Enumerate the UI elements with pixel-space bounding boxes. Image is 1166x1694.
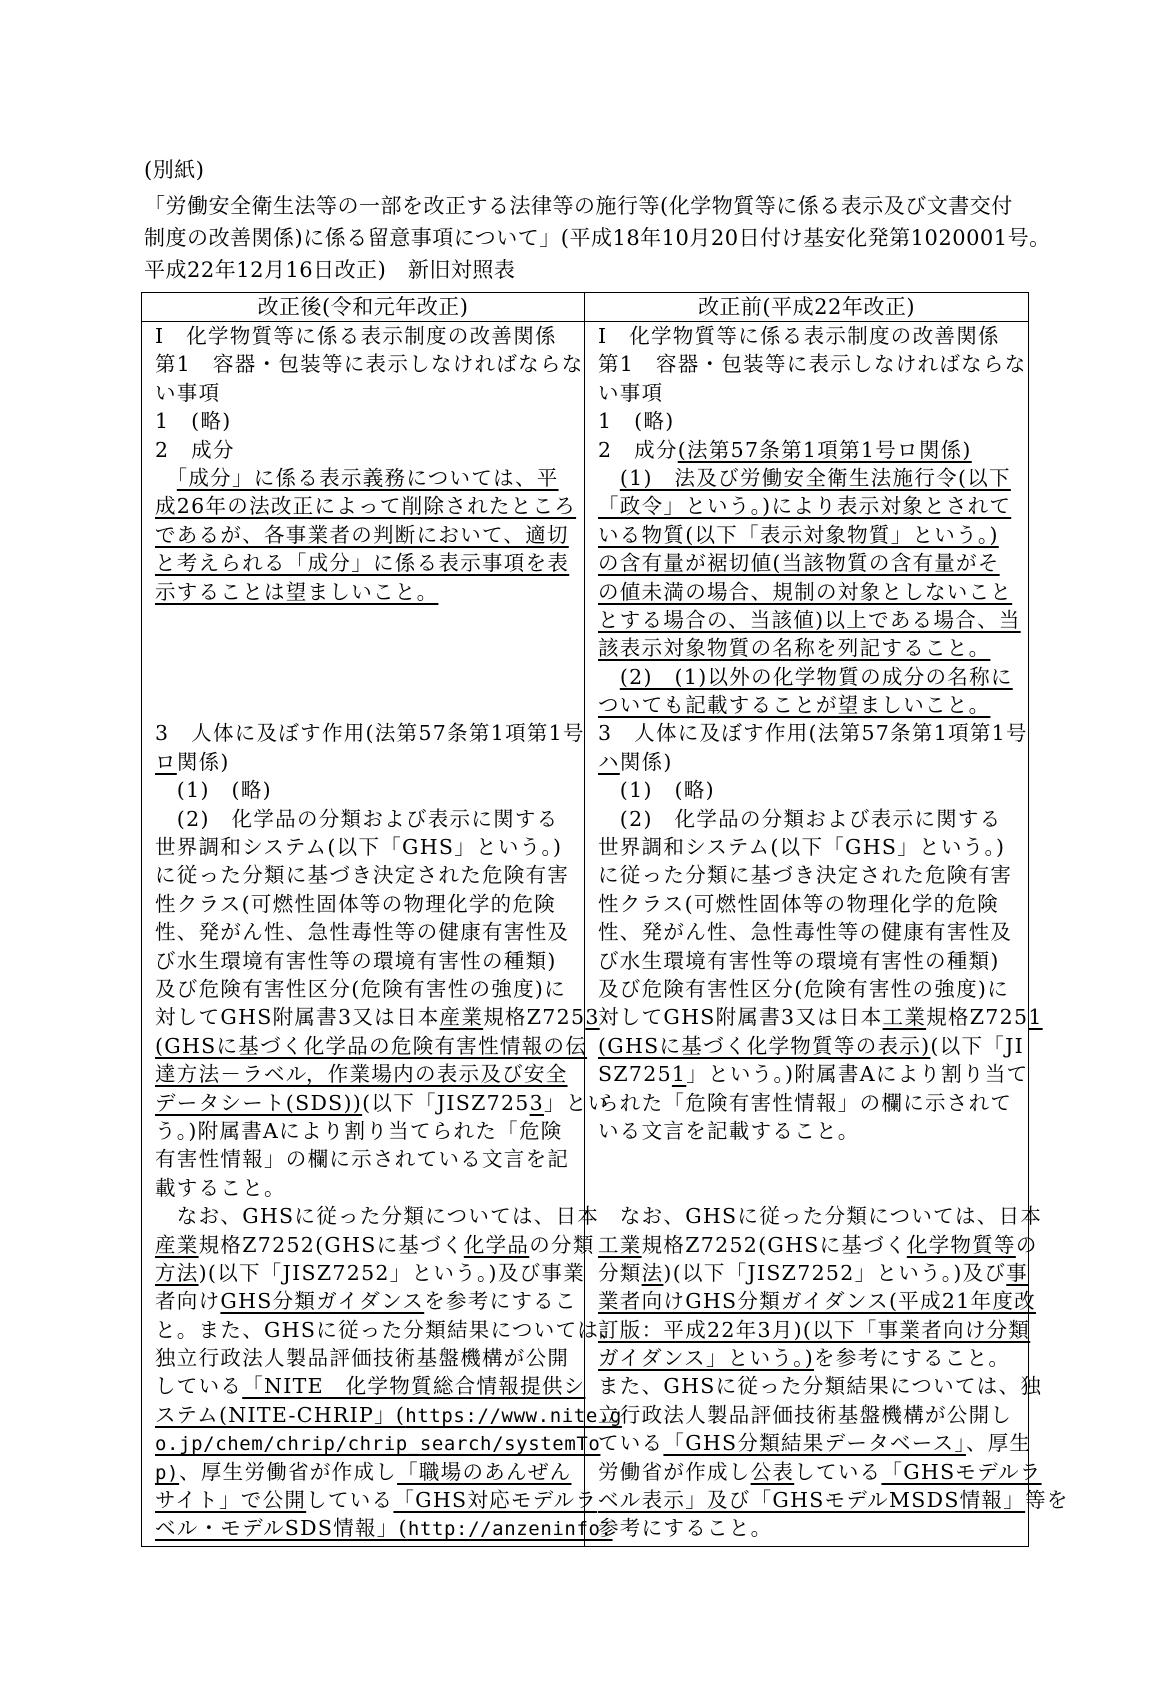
text-line: と考えられる「成分」に係る表示事項を表 xyxy=(155,549,574,577)
text-segment: 独立行政法人製品評価技術基盤機構が公開 xyxy=(155,1346,569,1370)
amended-text: 「職場のあんぜん xyxy=(397,1460,571,1484)
text-line: であるが、各事業者の判断において、適切 xyxy=(155,521,574,549)
text-segment xyxy=(598,466,620,490)
text-line: 達方法－ラベル，作業場内の表示及び安全 xyxy=(155,1060,574,1088)
amended-text: 工業 xyxy=(883,1005,927,1029)
text-segment: している xyxy=(306,1488,393,1512)
text-line xyxy=(155,606,574,634)
text-line: 性、発がん性、急性毒性等の健康有害性及 xyxy=(155,918,574,946)
table-header-row: 改正後(令和元年改正) 改正前(平成22年改正) xyxy=(142,293,1029,322)
amended-text: 産業 xyxy=(155,1233,199,1257)
text-segment: (以下「JI xyxy=(930,1034,1024,1058)
text-line: と。また、GHSに従った分類結果については、 xyxy=(155,1316,574,1344)
text-segment: 世界調和システム(以下「GHS」という。) xyxy=(598,835,1005,859)
comparison-table: 改正後(令和元年改正) 改正前(平成22年改正) Ⅰ 化学物質等に係る表示制度の… xyxy=(141,292,1029,1547)
text-line: 業者向けGHS分類ガイダンス(平成21年度改 xyxy=(598,1287,1018,1315)
amended-text: であるが、各事業者の判断において、適切 xyxy=(155,523,569,547)
text-line: SZ7251」という。)附属書Aにより割り当て xyxy=(598,1060,1018,1088)
text-segment: の xyxy=(1016,1233,1038,1257)
text-line: 立行政法人製品評価技術基盤機構が公開し xyxy=(598,1401,1018,1429)
text-line: ついても記載することが望ましいこと。 xyxy=(598,691,1018,719)
text-segment: (2) 化学品の分類および表示に関する xyxy=(155,807,559,831)
text-segment: 1 (略) xyxy=(598,409,675,433)
amended-text: (法第57条第1項第1号ロ関係) xyxy=(678,438,972,462)
text-line: び水生環境有害性等の環境有害性の種類) xyxy=(155,947,574,975)
text-segment: い事項 xyxy=(155,381,220,405)
text-line xyxy=(155,663,574,691)
text-line: い事項 xyxy=(598,379,1018,407)
text-segment: び水生環境有害性等の環境有害性の種類) xyxy=(598,949,1000,973)
amended-text: 工業 xyxy=(598,1233,642,1257)
text-segment: られた「危険有害性情報」の欄に示されて xyxy=(598,1091,1012,1115)
document-title-line-1: 「労働安全衛生法等の一部を改正する法律等の施行等(化学物質等に係る表示及び文書交… xyxy=(144,190,1013,222)
text-line: 独立行政法人製品評価技術基盤機構が公開 xyxy=(155,1344,574,1372)
text-segment: 3 人体に及ぼす作用(法第57条第1項第1号 xyxy=(155,721,585,745)
amended-text: p) xyxy=(155,1462,179,1484)
document-page: (別紙) 「労働安全衛生法等の一部を改正する法律等の施行等(化学物質等に係る表示… xyxy=(0,0,1166,1694)
amended-text: 1 xyxy=(672,1062,686,1086)
amended-text: (GHSに基づく化学物質等の表示) xyxy=(598,1034,930,1058)
text-line: 及び危険有害性区分(危険有害性の強度)に xyxy=(155,975,574,1003)
amended-text: 示することは望ましいこと。 xyxy=(155,580,438,604)
text-segment: 世界調和システム(以下「GHS」という。) xyxy=(155,835,562,859)
text-line: 2 成分(法第57条第1項第1号ロ関係) xyxy=(598,436,1018,464)
revised-text: Ⅰ 化学物質等に係る表示制度の改善関係第1 容器・包装等に表示しなければならない… xyxy=(155,322,574,1543)
text-line: う。)附属書Aにより割り当てられた「危険 xyxy=(155,1117,574,1145)
text-line: 対してGHS附属書3又は日本工業規格Z7251 xyxy=(598,1003,1018,1031)
text-line: 第1 容器・包装等に表示しなければならな xyxy=(155,350,574,378)
amended-text: (2) (1)以外の化学物質の成分の名称に xyxy=(620,665,1013,689)
amended-text: 「GHS対応モデルラ xyxy=(393,1488,597,1512)
column-header-revised: 改正後(令和元年改正) xyxy=(142,293,585,322)
text-line: の含有量が裾切値(当該物質の含有量がそ xyxy=(598,549,1018,577)
text-line: 対してGHS附属書3又は日本産業規格Z7253 xyxy=(155,1003,574,1031)
text-line: 「成分」に係る表示義務については、平 xyxy=(155,464,574,492)
text-line: ガイダンス」という。)を参考にすること。 xyxy=(598,1344,1018,1372)
text-line: に従った分類に基づき決定された危険有害 xyxy=(598,861,1018,889)
amended-text: 方法 xyxy=(155,1261,199,1285)
text-line: (2) (1)以外の化学物質の成分の名称に xyxy=(598,663,1018,691)
previous-text-cell: Ⅰ 化学物質等に係る表示制度の改善関係第1 容器・包装等に表示しなければならない… xyxy=(585,322,1029,1547)
amended-text: ステム(NITE-CHRIP」( xyxy=(155,1403,405,1427)
text-line: い事項 xyxy=(155,379,574,407)
amended-text: 成26年の法改正によって削除されたところ xyxy=(155,494,576,518)
text-segment: 2 成分 xyxy=(155,438,235,462)
amended-text: 「成分」に係る表示義務については、平 xyxy=(177,466,559,490)
text-segment: している xyxy=(794,1460,881,1484)
amended-text: 「GHSモデルラ xyxy=(881,1460,1041,1484)
text-line: 労働省が作成し公表している「GHSモデルラ xyxy=(598,1458,1018,1486)
text-line: 2 成分 xyxy=(155,436,574,464)
text-line: 参考にすること。 xyxy=(598,1514,1018,1542)
text-line: (1) (略) xyxy=(598,776,1018,804)
amended-text: 1 xyxy=(1028,1005,1042,1029)
text-line: 成26年の法改正によって削除されたところ xyxy=(155,492,574,520)
text-segment: 載すること。 xyxy=(155,1176,286,1200)
text-segment: (1) (略) xyxy=(598,778,715,802)
amended-text: 業者向けGHS分類ガイダンス(平成21年度改 xyxy=(598,1289,1036,1313)
text-segment: 参考にすること。 xyxy=(598,1516,772,1540)
text-line: 分類法)(以下「JISZ7252」という。)及び事 xyxy=(598,1259,1018,1287)
text-segment: 及び危険有害性区分(危険有害性の強度)に xyxy=(155,977,566,1001)
text-segment: ている xyxy=(598,1431,663,1455)
amended-text: 化学品 xyxy=(464,1233,529,1257)
text-segment: (2) 化学品の分類および表示に関する xyxy=(598,807,1002,831)
text-line: とする場合の、当該値)以上である場合、当 xyxy=(598,606,1018,634)
text-line: 該表示対象物質の名称を列記すること。 xyxy=(598,634,1018,662)
amended-text: 産業 xyxy=(440,1005,484,1029)
text-line: サイト」で公開している「GHS対応モデルラ xyxy=(155,1486,574,1514)
text-segment: )(以下「JISZ7252」という。)及び xyxy=(663,1261,1006,1285)
text-line: 有害性情報」の欄に示されている文言を記 xyxy=(155,1145,574,1173)
text-segment: 2 成分 xyxy=(598,438,678,462)
text-line: 3 人体に及ぼす作用(法第57条第1項第1号 xyxy=(598,719,1018,747)
amended-text: サイト」で公開 xyxy=(155,1488,306,1512)
text-line: 性クラス(可燃性固体等の物理化学的危険 xyxy=(155,890,574,918)
amended-text: 公表 xyxy=(751,1460,795,1484)
text-segment: 規格Z7252(GHSに基づく xyxy=(642,1233,907,1257)
text-line: いる文言を記載すること。 xyxy=(598,1117,1018,1145)
amended-text: (1) 法及び労働安全衛生法施行令(以下 xyxy=(620,466,1011,490)
text-segment: と。また、GHSに従った分類結果については、 xyxy=(155,1318,621,1342)
text-segment: 、厚生 xyxy=(966,1431,1031,1455)
text-segment: 規格Z725 xyxy=(483,1005,585,1029)
amended-text: (GHSに基づく化学品の危険有害性情報の伝 xyxy=(155,1034,587,1058)
text-segment: 第1 容器・包装等に表示しなければならな xyxy=(155,352,584,376)
text-segment: なお、GHSに従った分類については、日本 xyxy=(598,1204,1042,1228)
text-segment: いる文言を記載すること。 xyxy=(598,1119,860,1143)
amended-text: 3 xyxy=(530,1091,544,1115)
text-segment: 労働省が作成し xyxy=(598,1460,751,1484)
amended-text: 化学物質等 xyxy=(907,1233,1016,1257)
text-line: ステム(NITE-CHRIP」(https://www.nite.g xyxy=(155,1401,574,1429)
text-segment: 等を xyxy=(1025,1488,1069,1512)
text-segment: 性クラス(可燃性固体等の物理化学的危険 xyxy=(598,892,999,916)
text-line: に従った分類に基づき決定された危険有害 xyxy=(155,861,574,889)
text-line: 世界調和システム(以下「GHS」という。) xyxy=(155,833,574,861)
amended-text: 「政令」という。)により表示対象とされて xyxy=(598,494,1011,518)
text-segment: (1) (略) xyxy=(155,778,272,802)
amended-text: と考えられる「成分」に係る表示事項を表 xyxy=(155,551,569,575)
previous-text: Ⅰ 化学物質等に係る表示制度の改善関係第1 容器・包装等に表示しなければならない… xyxy=(598,322,1018,1543)
text-segment: 及び危険有害性区分(危険有害性の強度)に xyxy=(598,977,1009,1001)
text-segment xyxy=(155,466,177,490)
amended-text: 該表示対象物質の名称を列記すること。 xyxy=(598,636,990,660)
text-segment: なお、GHSに従った分類については、日本 xyxy=(155,1204,599,1228)
text-line: いる物質(以下「表示対象物質」という。) xyxy=(598,521,1018,549)
text-line: 第1 容器・包装等に表示しなければならな xyxy=(598,350,1018,378)
text-line: 性、発がん性、急性毒性等の健康有害性及 xyxy=(598,918,1018,946)
text-line: データシート(SDS))(以下「JISZ7253」とい xyxy=(155,1089,574,1117)
text-segment: 分類 xyxy=(598,1261,642,1285)
text-line: 1 (略) xyxy=(598,407,1018,435)
table-body-row: Ⅰ 化学物質等に係る表示制度の改善関係第1 容器・包装等に表示しなければならない… xyxy=(142,322,1029,1547)
text-segment: 」という。)附属書Aにより割り当て xyxy=(686,1062,1028,1086)
amended-text: 「GHS分類結果データベース」 xyxy=(663,1431,966,1455)
document-title-line-3: 平成22年12月16日改正) 新旧対照表 xyxy=(144,254,515,286)
text-line: (2) 化学品の分類および表示に関する xyxy=(598,805,1018,833)
text-line: ロ関係) xyxy=(155,748,574,776)
text-line: (1) 法及び労働安全衛生法施行令(以下 xyxy=(598,464,1018,492)
text-segment: 対してGHS附属書3又は日本 xyxy=(155,1005,440,1029)
text-line: 方法)(以下「JISZ7252」という。)及び事業 xyxy=(155,1259,574,1287)
amended-text: 事 xyxy=(1006,1261,1028,1285)
text-segment: )(以下「JISZ7252」という。)及び事業 xyxy=(199,1261,585,1285)
amended-text: 「NITE 化学物質総合情報提供シ xyxy=(242,1374,585,1398)
text-line: ている「GHS分類結果データベース」、厚生 xyxy=(598,1429,1018,1457)
amended-text: いる物質(以下「表示対象物質」という。) xyxy=(598,523,999,547)
amended-text: データシート(SDS)) xyxy=(155,1091,362,1115)
text-line: 「政令」という。)により表示対象とされて xyxy=(598,492,1018,520)
text-line: (2) 化学品の分類および表示に関する xyxy=(155,805,574,833)
text-line: 産業規格Z7252(GHSに基づく化学品の分類 xyxy=(155,1231,574,1259)
text-segment: う。)附属書Aにより割り当てられた「危険 xyxy=(155,1119,563,1143)
text-segment: に従った分類に基づき決定された危険有害 xyxy=(598,863,1012,887)
amended-text: ベル・モデルSDS情報」( xyxy=(155,1516,408,1540)
amended-text: 達方法－ラベル，作業場内の表示及び安全 xyxy=(155,1062,568,1086)
text-line: している「NITE 化学物質総合情報提供シ xyxy=(155,1372,574,1400)
text-segment: Ⅰ 化学物質等に係る表示制度の改善関係 xyxy=(155,324,557,348)
text-segment: また、GHSに従った分類結果については、独 xyxy=(598,1374,1042,1398)
text-segment: 、厚生労働省が作成し xyxy=(179,1460,397,1484)
text-segment: 1 (略) xyxy=(155,409,232,433)
text-line: 世界調和システム(以下「GHS」という。) xyxy=(598,833,1018,861)
amended-text: o.jp/chem/chrip/chrip_search/systemTo xyxy=(155,1433,600,1455)
text-line: (GHSに基づく化学物質等の表示)(以下「JI xyxy=(598,1032,1018,1060)
text-line: ハ関係) xyxy=(598,748,1018,776)
text-line: 者向けGHS分類ガイダンスを参考にするこ xyxy=(155,1287,574,1315)
amended-text: の含有量が裾切値(当該物質の含有量がそ xyxy=(598,551,1000,575)
text-line: (1) (略) xyxy=(155,776,574,804)
text-line: 性クラス(可燃性固体等の物理化学的危険 xyxy=(598,890,1018,918)
text-segment: び水生環境有害性等の環境有害性の種類) xyxy=(155,949,557,973)
text-segment xyxy=(598,665,620,689)
text-line: 訂版：平成22年3月)(以下「事業者向け分類 xyxy=(598,1316,1018,1344)
text-segment: 対してGHS附属書3又は日本 xyxy=(598,1005,883,1029)
text-segment: (以下「JISZ725 xyxy=(362,1091,530,1115)
amended-text: ベル表示」及び「GHSモデルMSDS情報」 xyxy=(598,1488,1025,1512)
amended-text: とする場合の、当該値)以上である場合、当 xyxy=(598,608,1021,632)
text-line: 工業規格Z7252(GHSに基づく化学物質等の xyxy=(598,1231,1018,1259)
amended-text: ロ xyxy=(155,750,177,774)
text-segment: い事項 xyxy=(598,381,663,405)
text-line xyxy=(598,1174,1018,1202)
text-segment: の分類 xyxy=(529,1233,594,1257)
text-segment: 規格Z725 xyxy=(926,1005,1028,1029)
text-line: られた「危険有害性情報」の欄に示されて xyxy=(598,1089,1018,1117)
text-segment: に従った分類に基づき決定された危険有害 xyxy=(155,863,569,887)
text-line: ベル表示」及び「GHSモデルMSDS情報」等を xyxy=(598,1486,1018,1514)
text-segment: 立行政法人製品評価技術基盤機構が公開し xyxy=(598,1403,1012,1427)
revised-text-cell: Ⅰ 化学物質等に係る表示制度の改善関係第1 容器・包装等に表示しなければならない… xyxy=(142,322,585,1547)
text-line: 示することは望ましいこと。 xyxy=(155,578,574,606)
amended-text: ハ xyxy=(598,750,620,774)
text-line: ベル・モデルSDS情報」(http://anzeninfo. xyxy=(155,1514,574,1542)
text-line: の値未満の場合、規制の対象としないこと xyxy=(598,578,1018,606)
text-line: 3 人体に及ぼす作用(法第57条第1項第1号 xyxy=(155,719,574,747)
text-segment: 有害性情報」の欄に示されている文言を記 xyxy=(155,1147,569,1171)
amended-text: の値未満の場合、規制の対象としないこと xyxy=(598,580,1012,604)
attachment-label: (別紙) xyxy=(144,154,204,186)
amended-text: GHS分類ガイダンス xyxy=(220,1289,424,1313)
text-segment: 者向け xyxy=(155,1289,220,1313)
text-line: また、GHSに従った分類結果については、独 xyxy=(598,1372,1018,1400)
amended-text: 訂版：平成22年3月)(以下「事業者向け分類 xyxy=(598,1318,1030,1342)
text-line xyxy=(598,1145,1018,1173)
text-line: Ⅰ 化学物質等に係る表示制度の改善関係 xyxy=(598,322,1018,350)
text-segment: 規格Z7252(GHSに基づく xyxy=(199,1233,464,1257)
text-line: 1 (略) xyxy=(155,407,574,435)
text-segment: 関係) xyxy=(177,750,230,774)
text-segment: 第1 容器・包装等に表示しなければならな xyxy=(598,352,1027,376)
text-line: なお、GHSに従った分類については、日本 xyxy=(155,1202,574,1230)
amended-text: ついても記載することが望ましいこと。 xyxy=(598,693,990,717)
text-line xyxy=(155,634,574,662)
amended-text: https://www.nite.g xyxy=(405,1405,622,1427)
text-line: なお、GHSに従った分類については、日本 xyxy=(598,1202,1018,1230)
column-header-previous: 改正前(平成22年改正) xyxy=(585,293,1029,322)
text-segment: している xyxy=(155,1374,242,1398)
text-line: 載すること。 xyxy=(155,1174,574,1202)
text-segment: 3 人体に及ぼす作用(法第57条第1項第1号 xyxy=(598,721,1028,745)
text-segment: を参考にするこ xyxy=(424,1289,577,1313)
text-segment: 性、発がん性、急性毒性等の健康有害性及 xyxy=(598,920,1012,944)
text-line: p)、厚生労働省が作成し「職場のあんぜん xyxy=(155,1458,574,1486)
text-segment: 性クラス(可燃性固体等の物理化学的危険 xyxy=(155,892,556,916)
text-line: o.jp/chem/chrip/chrip_search/systemTo xyxy=(155,1429,574,1457)
text-line xyxy=(155,691,574,719)
amended-text: ガイダンス」という。) xyxy=(598,1346,814,1370)
amended-text: 法 xyxy=(642,1261,664,1285)
text-segment: Ⅰ 化学物質等に係る表示制度の改善関係 xyxy=(598,324,1000,348)
text-line: び水生環境有害性等の環境有害性の種類) xyxy=(598,947,1018,975)
text-line: Ⅰ 化学物質等に係る表示制度の改善関係 xyxy=(155,322,574,350)
document-title-line-2: 制度の改善関係)に係る留意事項について」(平成18年10月20日付け基安化発第1… xyxy=(144,222,1051,254)
text-segment: 性、発がん性、急性毒性等の健康有害性及 xyxy=(155,920,569,944)
text-line: (GHSに基づく化学品の危険有害性情報の伝 xyxy=(155,1032,574,1060)
text-line: 及び危険有害性区分(危険有害性の強度)に xyxy=(598,975,1018,1003)
text-segment: 関係) xyxy=(620,750,673,774)
text-segment: を参考にすること。 xyxy=(814,1346,1010,1370)
amended-text: http://anzeninfo. xyxy=(408,1518,613,1540)
text-segment: SZ725 xyxy=(598,1062,672,1086)
